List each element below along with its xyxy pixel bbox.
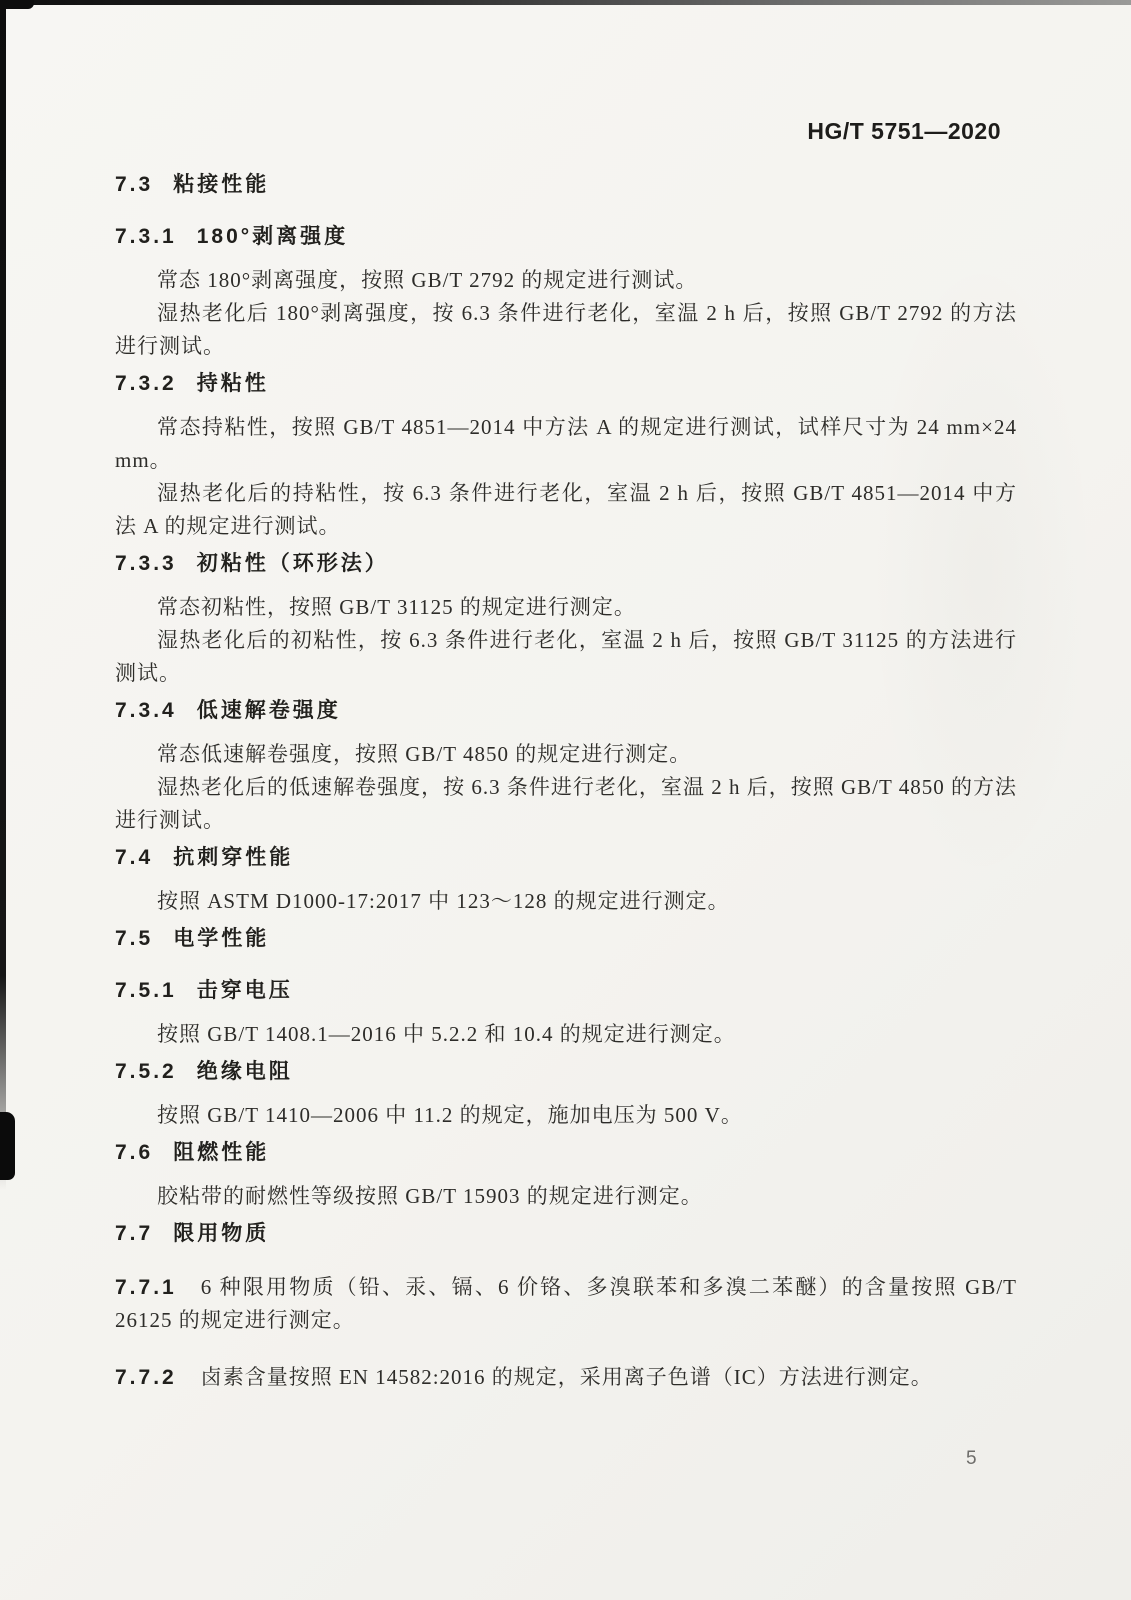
scan-mark-blob xyxy=(0,1112,15,1180)
paragraph: 胶粘带的耐燃性等级按照 GB/T 15903 的规定进行测定。 xyxy=(115,1180,1017,1213)
clause-number: 7.7 xyxy=(115,1222,153,1245)
heading-7-4: 7.4抗刺穿性能 xyxy=(115,845,1017,871)
heading-7-3-4: 7.3.4低速解卷强度 xyxy=(115,698,1017,724)
heading-7-5: 7.5电学性能 xyxy=(115,926,1017,952)
clause-paragraphs: 常态 180°剥离强度，按照 GB/T 2792 的规定进行测试。 湿热老化后 … xyxy=(115,264,1017,363)
paragraph-text: 卤素含量按照 EN 14582:2016 的规定，采用离子色谱（IC）方法进行测… xyxy=(201,1365,933,1389)
clause-title: 低速解卷强度 xyxy=(197,699,341,722)
clause-number: 7.3.1 xyxy=(115,225,177,248)
clause-paragraphs: 按照 GB/T 1408.1—2016 中 5.2.2 和 10.4 的规定进行… xyxy=(115,1018,1017,1051)
clause-number: 7.3.2 xyxy=(115,372,177,395)
clause-paragraphs: 常态低速解卷强度，按照 GB/T 4850 的规定进行测定。 湿热老化后的低速解… xyxy=(115,738,1017,837)
clause-number: 7.7.2 xyxy=(115,1366,177,1389)
document-page: HG/T 5751—2020 7.3粘接性能 7.3.1180°剥离强度 常态 … xyxy=(0,0,1131,1600)
clause-title: 抗刺穿性能 xyxy=(173,846,293,869)
clause-title: 击穿电压 xyxy=(197,979,293,1002)
paragraph: 按照 GB/T 1408.1—2016 中 5.2.2 和 10.4 的规定进行… xyxy=(115,1018,1017,1051)
clause-number: 7.5.1 xyxy=(115,979,177,1002)
clause-title: 180°剥离强度 xyxy=(197,225,348,248)
heading-7-3: 7.3粘接性能 xyxy=(115,172,1017,198)
document-body: 7.3粘接性能 7.3.1180°剥离强度 常态 180°剥离强度，按照 GB/… xyxy=(115,160,1017,1394)
clause-title: 粘接性能 xyxy=(173,173,269,196)
clause-number: 7.4 xyxy=(115,846,153,869)
heading-7-3-2: 7.3.2持粘性 xyxy=(115,371,1017,397)
scan-edge-corner xyxy=(0,0,34,9)
doc-code: HG/T 5751—2020 xyxy=(807,118,1001,145)
paragraph: 常态低速解卷强度，按照 GB/T 4850 的规定进行测定。 xyxy=(115,738,1017,771)
paragraph: 常态初粘性，按照 GB/T 31125 的规定进行测定。 xyxy=(115,591,1017,624)
scan-edge-left xyxy=(0,0,6,1190)
paragraph: 湿热老化后的低速解卷强度，按 6.3 条件进行老化，室温 2 h 后，按照 GB… xyxy=(115,771,1017,837)
clause-number: 7.3 xyxy=(115,173,153,196)
heading-7-5-1: 7.5.1击穿电压 xyxy=(115,978,1017,1004)
paragraph: 常态 180°剥离强度，按照 GB/T 2792 的规定进行测试。 xyxy=(115,264,1017,297)
clause-title: 绝缘电阻 xyxy=(197,1060,293,1083)
paragraph: 常态持粘性，按照 GB/T 4851—2014 中方法 A 的规定进行测试，试样… xyxy=(115,411,1017,477)
clause-number: 7.5 xyxy=(115,927,153,950)
heading-7-5-2: 7.5.2绝缘电阻 xyxy=(115,1059,1017,1085)
scan-edge-top xyxy=(0,0,1131,5)
paragraph: 湿热老化后 180°剥离强度，按 6.3 条件进行老化，室温 2 h 后，按照 … xyxy=(115,297,1017,363)
numbered-paragraph-7-7-1: 7.7.16 种限用物质（铅、汞、镉、6 价铬、多溴联苯和多溴二苯醚）的含量按照… xyxy=(115,1271,1017,1337)
clause-number: 7.3.3 xyxy=(115,552,177,575)
heading-7-3-1: 7.3.1180°剥离强度 xyxy=(115,224,1017,250)
clause-title: 电学性能 xyxy=(173,927,269,950)
clause-title: 限用物质 xyxy=(173,1222,269,1245)
clause-number: 7.3.4 xyxy=(115,699,177,722)
heading-7-7: 7.7限用物质 xyxy=(115,1221,1017,1247)
clause-paragraphs: 胶粘带的耐燃性等级按照 GB/T 15903 的规定进行测定。 xyxy=(115,1180,1017,1213)
clause-paragraphs: 按照 GB/T 1410—2006 中 11.2 的规定，施加电压为 500 V… xyxy=(115,1099,1017,1132)
clause-paragraphs: 常态初粘性，按照 GB/T 31125 的规定进行测定。 湿热老化后的初粘性，按… xyxy=(115,591,1017,690)
paragraph-text: 6 种限用物质（铅、汞、镉、6 价铬、多溴联苯和多溴二苯醚）的含量按照 GB/T… xyxy=(115,1275,1017,1332)
numbered-paragraph-7-7-2: 7.7.2卤素含量按照 EN 14582:2016 的规定，采用离子色谱（IC）… xyxy=(115,1361,1017,1394)
clause-title: 初粘性（环形法） xyxy=(197,552,389,575)
clause-number: 7.6 xyxy=(115,1141,153,1164)
heading-7-3-3: 7.3.3初粘性（环形法） xyxy=(115,551,1017,577)
heading-7-6: 7.6阻燃性能 xyxy=(115,1140,1017,1166)
paragraph: 按照 ASTM D1000-17:2017 中 123～128 的规定进行测定。 xyxy=(115,885,1017,918)
clause-number: 7.5.2 xyxy=(115,1060,177,1083)
clause-title: 阻燃性能 xyxy=(173,1141,269,1164)
paragraph: 湿热老化后的持粘性，按 6.3 条件进行老化，室温 2 h 后，按照 GB/T … xyxy=(115,477,1017,543)
clause-paragraphs: 按照 ASTM D1000-17:2017 中 123～128 的规定进行测定。 xyxy=(115,885,1017,918)
paragraph: 按照 GB/T 1410—2006 中 11.2 的规定，施加电压为 500 V… xyxy=(115,1099,1017,1132)
clause-number: 7.7.1 xyxy=(115,1276,177,1299)
clause-title: 持粘性 xyxy=(197,372,269,395)
page-number: 5 xyxy=(966,1448,977,1470)
clause-paragraphs: 常态持粘性，按照 GB/T 4851—2014 中方法 A 的规定进行测试，试样… xyxy=(115,411,1017,543)
paragraph: 湿热老化后的初粘性，按 6.3 条件进行老化，室温 2 h 后，按照 GB/T … xyxy=(115,624,1017,690)
